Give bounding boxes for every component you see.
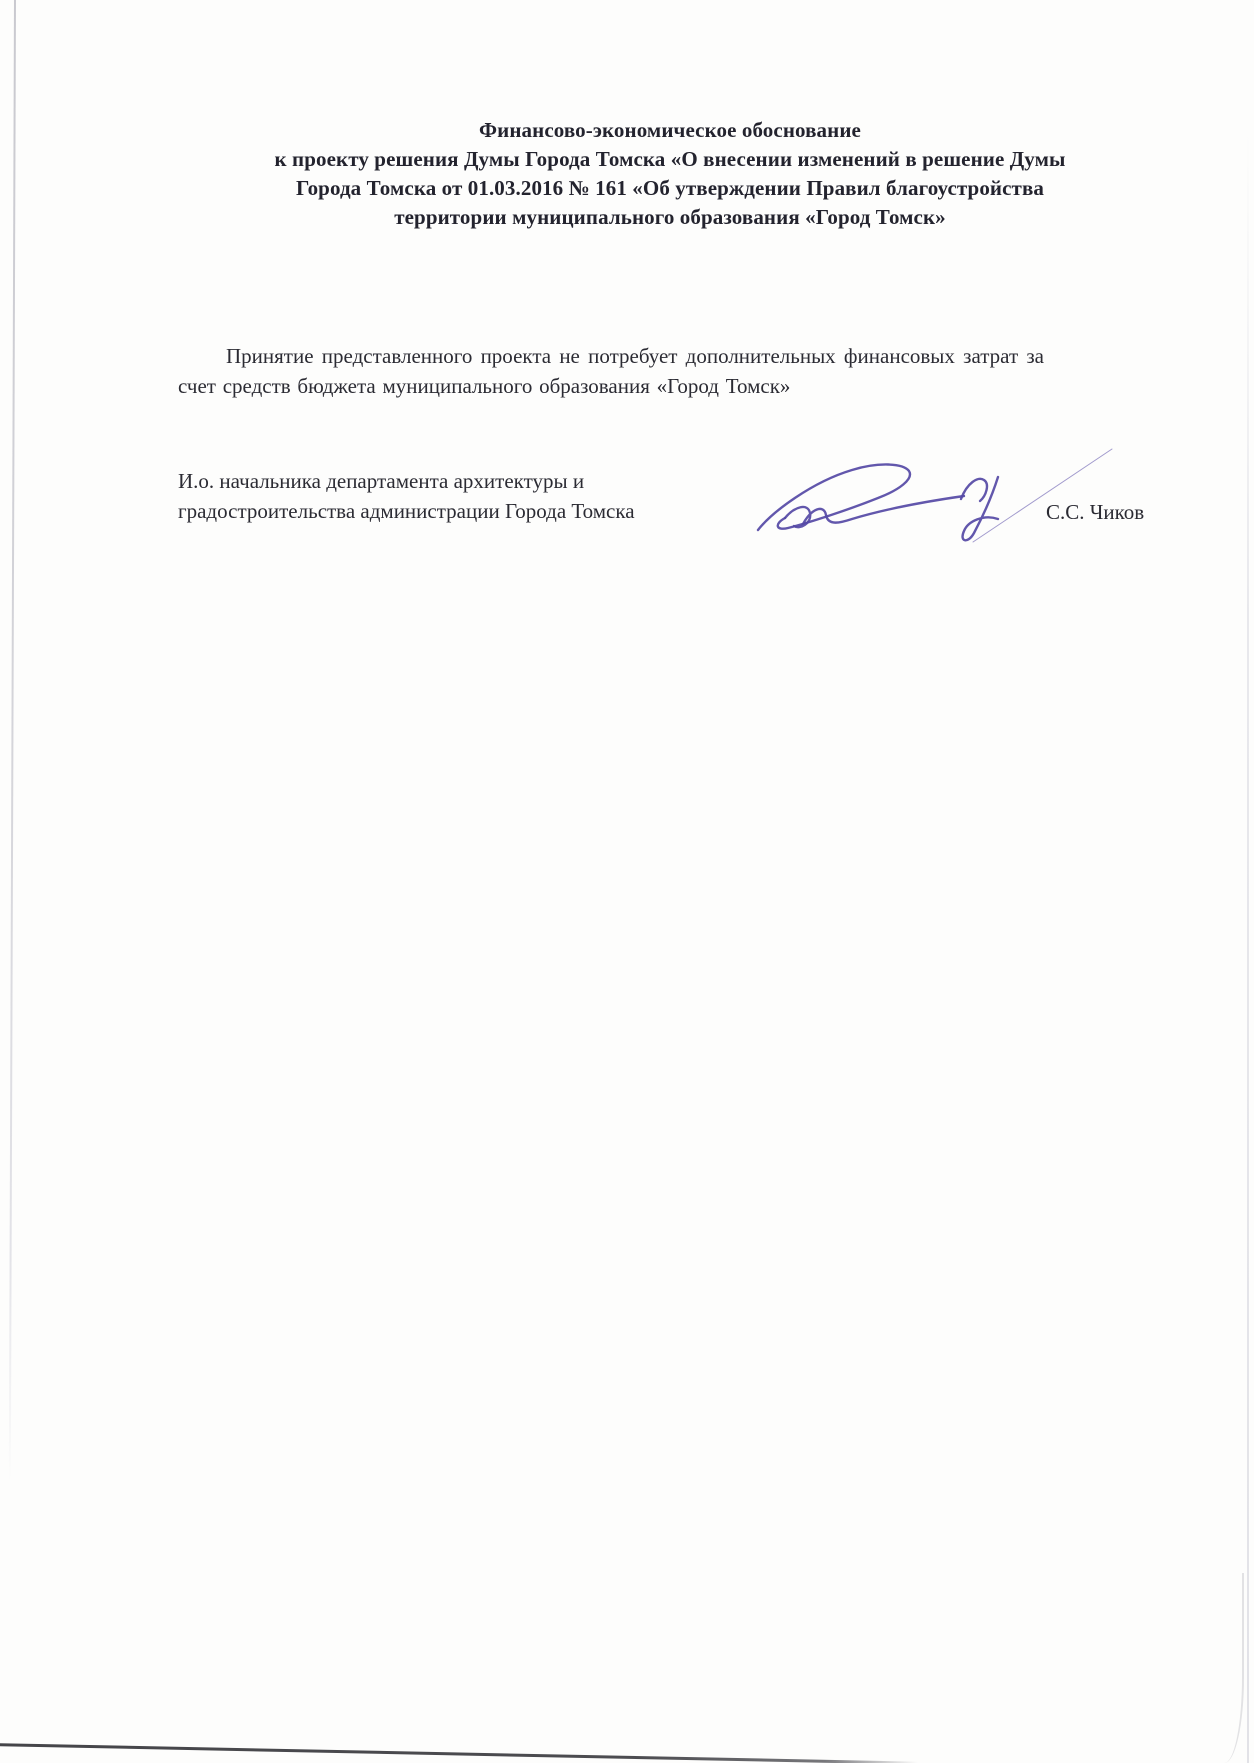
scanned-page: Финансово-экономическое обоснование к пр… <box>0 0 1254 1763</box>
signature-role-title: И.о. начальника департамента архитектуры… <box>178 466 798 526</box>
signer-name: С.С. Чиков <box>1046 499 1144 525</box>
scan-left-edge-line <box>9 0 16 1482</box>
signature-role-line-1: И.о. начальника департамента архитектуры… <box>178 466 798 496</box>
document-title: Финансово-экономическое обоснование к пр… <box>140 116 1200 232</box>
signature-role-line-2: градостроительства администрации Города … <box>178 496 798 526</box>
title-line-1: Финансово-экономическое обоснование <box>140 116 1200 145</box>
scan-right-edge-line <box>1247 130 1249 1763</box>
scan-corner-shadow <box>1216 1573 1244 1763</box>
title-line-2: к проекту решения Думы Города Томска «О … <box>140 145 1200 174</box>
title-line-3: Города Томска от 01.03.2016 № 161 «Об ут… <box>140 174 1200 203</box>
body-paragraph: Принятие представленного проекта не потр… <box>178 341 1044 401</box>
title-line-4: территории муниципального образования «Г… <box>140 203 1200 232</box>
scan-bottom-edge-line <box>0 1743 918 1763</box>
